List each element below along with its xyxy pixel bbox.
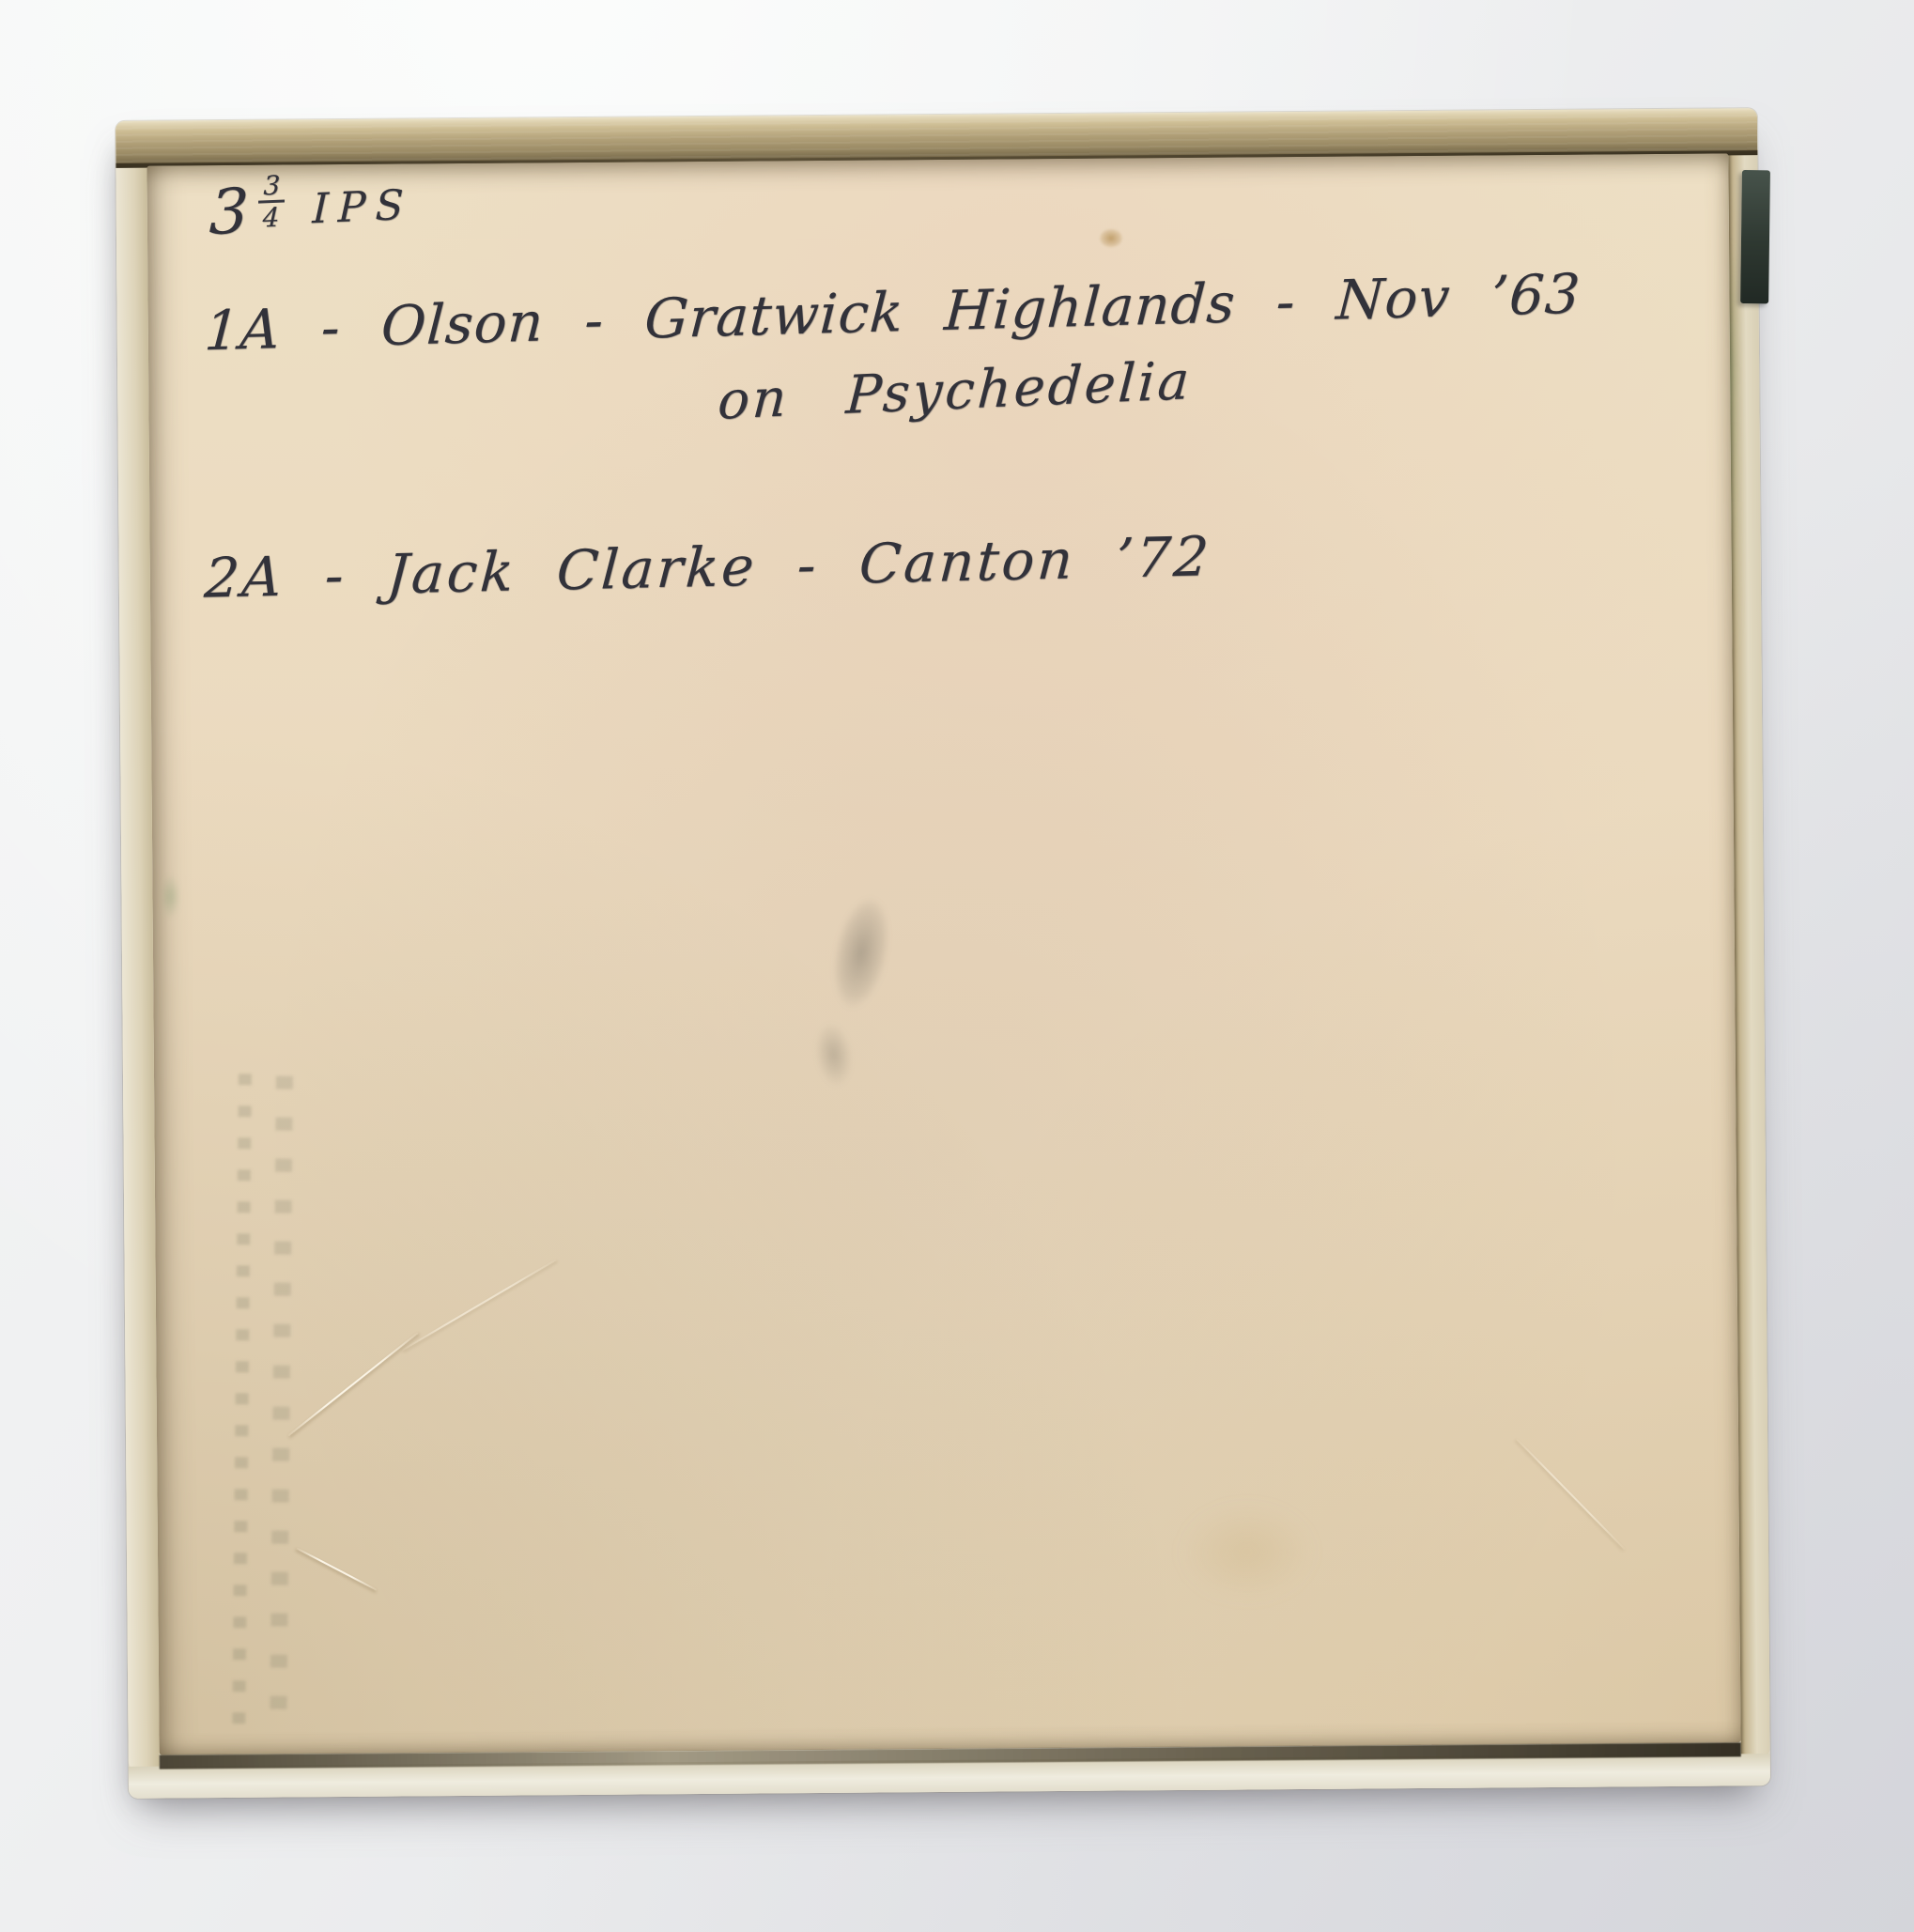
entry-1a-line: 1A - Olson - Gratwick Highlands - Nov ’6… <box>203 262 1582 363</box>
tape-label-paper: 3 3 4 IPS 1A - Olson - Gratwick Highland… <box>147 153 1740 1754</box>
entry-1a-continuation: on Psychedelia <box>717 350 1194 432</box>
tape-speed-annotation: 3 3 4 IPS <box>208 174 414 244</box>
ghost-print-column <box>232 1066 252 1723</box>
speed-whole-number: 3 <box>208 180 250 244</box>
tape-box-lid: 3 3 4 IPS 1A - Olson - Gratwick Highland… <box>116 108 1770 1799</box>
speed-fraction-numerator: 3 <box>258 171 286 204</box>
speed-fraction-denominator: 4 <box>262 203 280 232</box>
paper-crease <box>1516 1439 1625 1550</box>
speed-unit-label: IPS <box>312 174 414 231</box>
paper-crease <box>402 1259 557 1351</box>
paper-stain <box>1163 1491 1333 1614</box>
ghost-print-column <box>270 1067 293 1724</box>
photo-background: 3 3 4 IPS 1A - Olson - Gratwick Highland… <box>0 0 1914 1932</box>
green-tape-tab <box>1740 170 1770 303</box>
paper-smudge <box>813 874 909 1031</box>
speed-fraction: 3 4 <box>257 171 286 232</box>
ghost-print-marks <box>215 1066 334 1724</box>
paper-stain <box>158 868 182 924</box>
entry-2a-line: 2A - Jack Clarke - Canton ’72 <box>203 524 1213 610</box>
paper-stain <box>1096 225 1126 250</box>
